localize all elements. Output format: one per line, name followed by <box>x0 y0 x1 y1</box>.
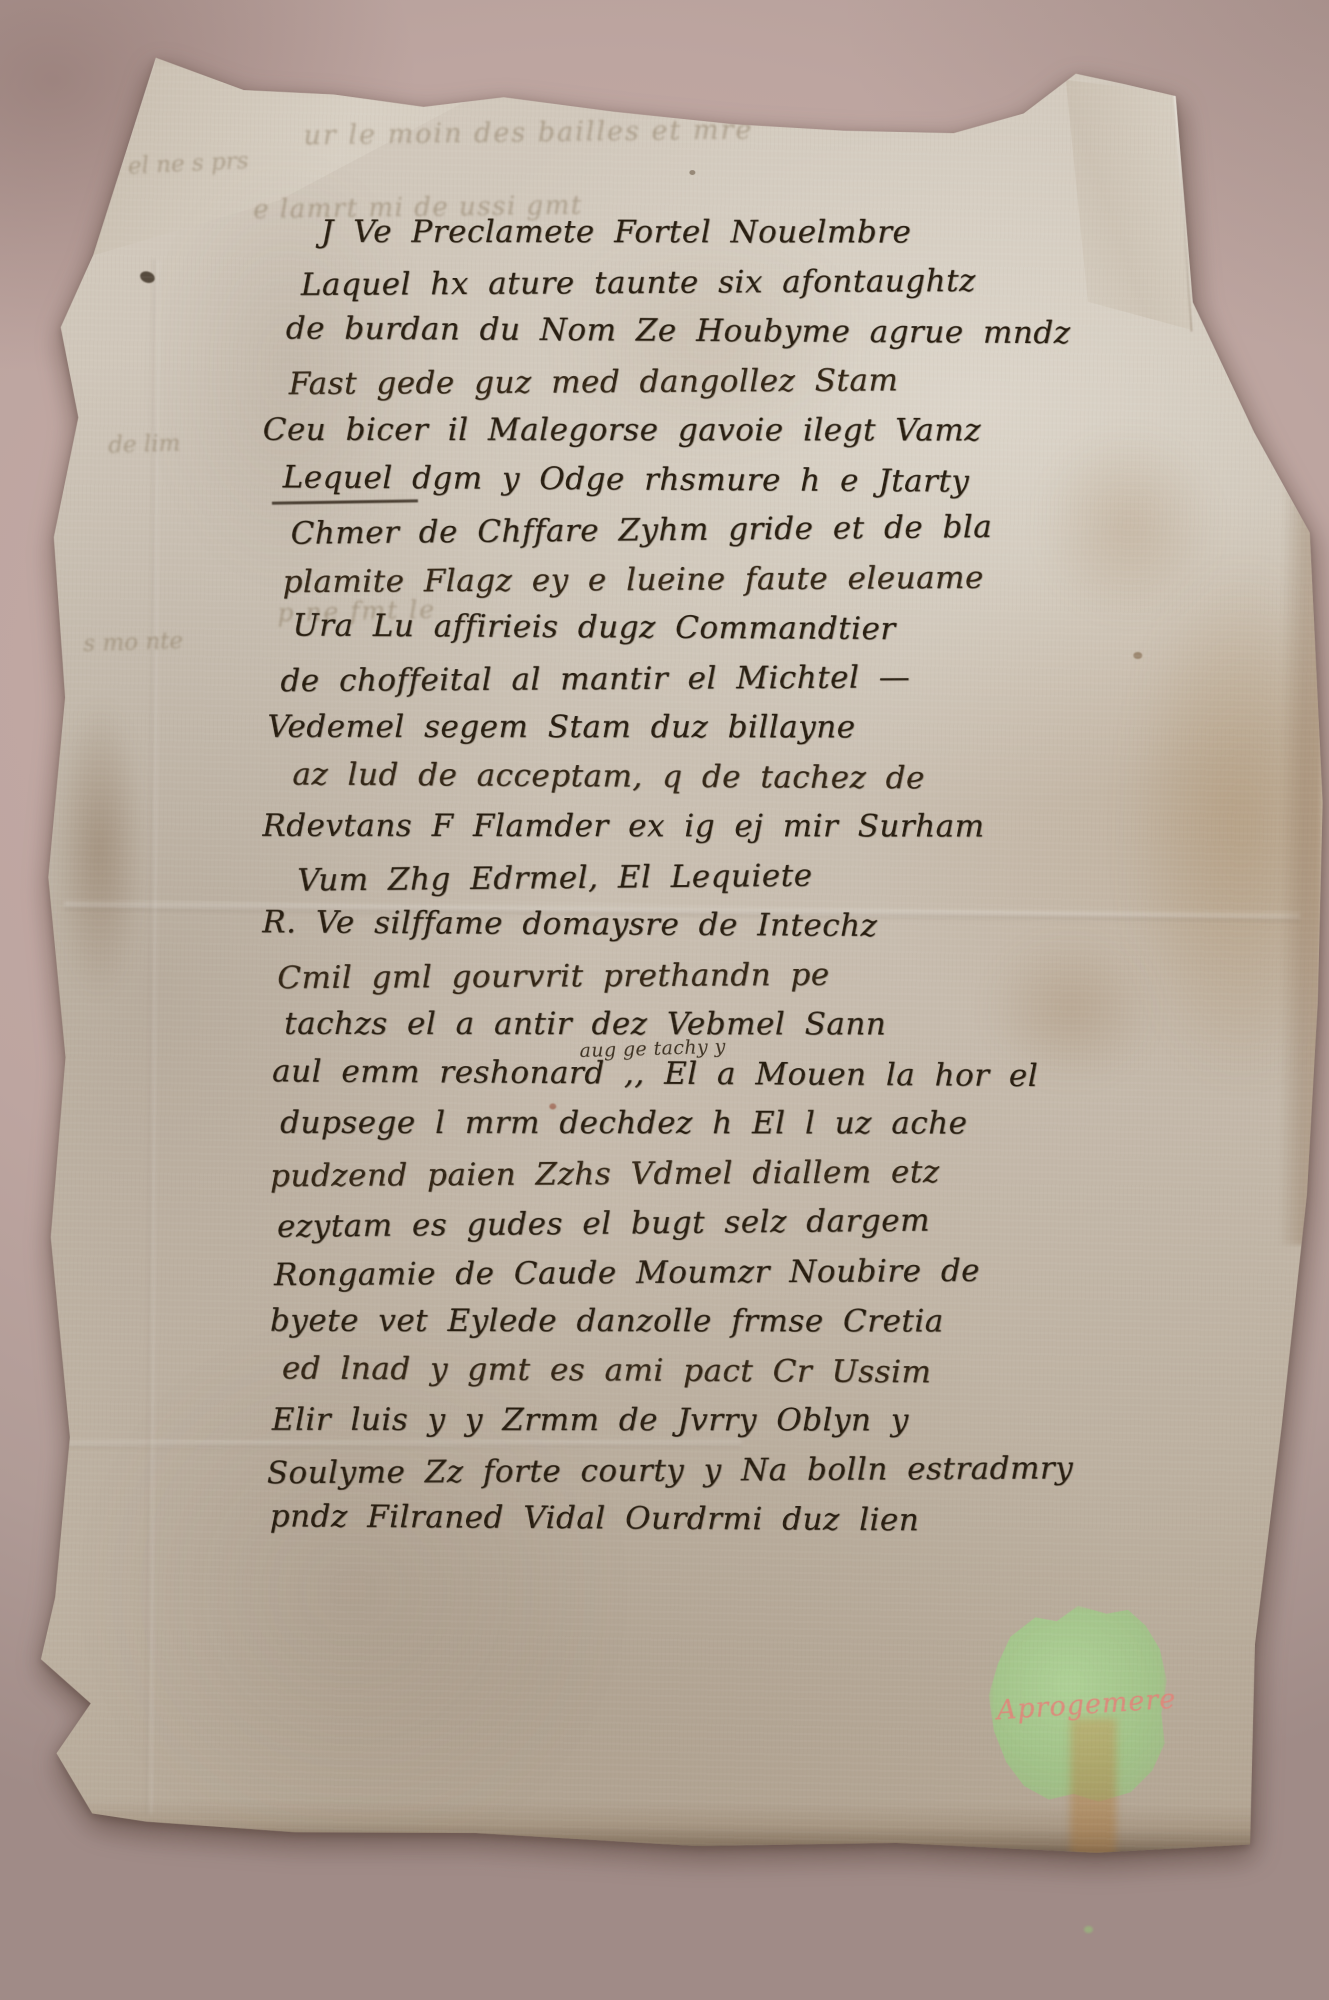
bleedthrough-line: s mo nte <box>83 628 183 657</box>
manuscript-photo-scene: ur le moin des bailles et mreim el ne s … <box>0 0 1329 2000</box>
page-right-edge-roll <box>1279 425 1323 1245</box>
bleedthrough-line: im el ne s prs <box>91 148 249 182</box>
manuscript-line: Cmil gml gourvrit prethandn pe <box>262 948 1242 1003</box>
manuscript-line: de burdan du Nom Ze Houbyme agrue mndz <box>263 304 1243 359</box>
green-paint-speck <box>1084 1926 1093 1933</box>
manuscript-line: Rdevtans F Flamder ex ig ej mir Surham <box>262 802 1242 852</box>
manuscript-line: tachzs el a antir dez Vebmel Sann <box>262 1000 1242 1050</box>
manuscript-line: R. Ve silffame domaysre de Intechz <box>262 898 1242 953</box>
manuscript-line: J Ve Preclamete Fortel Nouelmbre <box>263 208 1243 258</box>
bleedthrough-line: de lim <box>108 431 181 459</box>
manuscript-line: Rongamie de Caude Moumzr Noubire de <box>262 1245 1242 1300</box>
manuscript-line: Chmer de Chffare Zyhm gride et de bla <box>262 501 1242 560</box>
ink-blot <box>689 170 695 175</box>
collection-watermark: Aprogemere <box>988 1605 1167 1802</box>
vertical-fold-crease <box>146 260 159 1815</box>
paper-stain <box>54 699 145 999</box>
ink-blot <box>138 269 156 285</box>
paper-sheet-surface: ur le moin des bailles et mreim el ne s … <box>32 39 1329 1857</box>
watermark-tan-streak <box>1070 1718 1117 1857</box>
manuscript-line: Ceu bicer il Malegorse gavoie ilegt Vamz <box>263 406 1243 456</box>
manuscript-line: ezytam es gudes el bugt selz dargem <box>262 1194 1242 1253</box>
manuscript-line: ed lnad y gmt es ami pact Cr Ussim <box>262 1344 1242 1399</box>
manuscript-line: Laquel hx ature taunte six afontaughtz <box>263 255 1243 310</box>
manuscript-line: Elir luis y y Zrmm de Jvrry Oblyn y <box>262 1396 1242 1446</box>
manuscript-line: byete vet Eylede danzolle frmse Cretia <box>262 1297 1242 1347</box>
manuscript-line: az lud de acceptam, q de tachez de <box>262 750 1242 805</box>
manuscript-line: Vum Zhg Edrmel, El Lequiete <box>262 847 1242 906</box>
manuscript-line: Ura Lu affirieis dugz Commandtier <box>262 601 1242 656</box>
manuscript-line: aul emm reshonard ,, El a Mouen la hor e… <box>262 1047 1242 1102</box>
manuscript-line: Vedemel segem Stam duz billayne <box>262 703 1242 753</box>
manuscript-line: Soulyme Zz forte courty y Na bolln estra… <box>262 1443 1242 1498</box>
page-top-edge-shadow <box>100 39 1200 70</box>
manuscript-line: pudzend paien Zzhs Vdmel diallem etz <box>262 1146 1242 1201</box>
manuscript-page: ur le moin des bailles et mreim el ne s … <box>32 39 1329 1857</box>
manuscript-line: Fast gede guz med dangollez Stam <box>263 354 1243 409</box>
manuscript-line: plamite Flagz ey e lueine faute eleuame <box>262 552 1242 607</box>
manuscript-line: dupsege l mrm dechdez h El l uz ache <box>262 1099 1242 1149</box>
manuscript-line: pndz Filraned Vidal Ourdrmi duz lien <box>262 1492 1242 1547</box>
handwritten-text-block: J Ve Preclamete Fortel NouelmbreLaquel h… <box>262 208 1243 1545</box>
bleedthrough-line: ur le moin des bailles et mre <box>303 114 753 151</box>
interline-insertion-note: aug ge tachy y <box>579 1036 726 1062</box>
manuscript-line: de choffeital al mantir el Michtel — <box>262 651 1242 706</box>
